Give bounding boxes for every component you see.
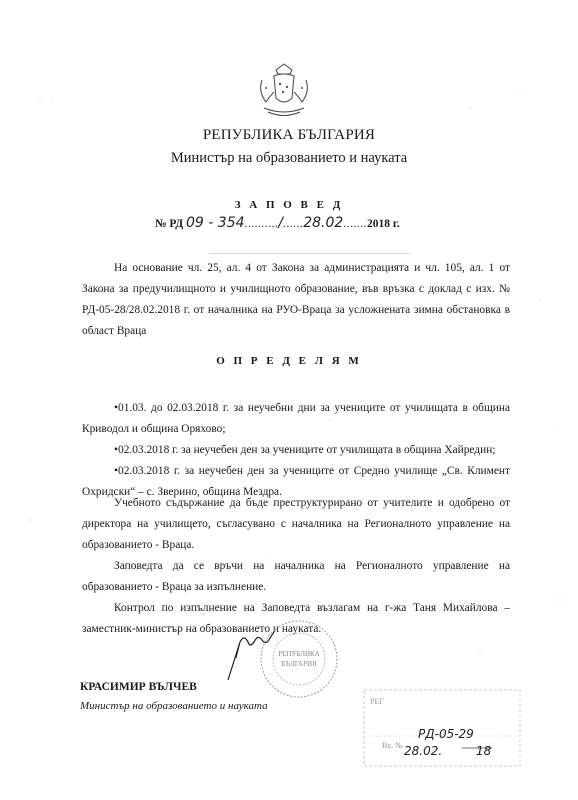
order-year: 2018 г.	[367, 218, 400, 230]
order-number-line: № РД 09 - 354........../......28.02.....…	[155, 215, 400, 231]
signatory-name: КРАСИМИР ВЪЛЧЕВ	[80, 681, 197, 693]
country-name: РЕПУБЛИКА БЪЛГАРИЯ	[0, 127, 578, 144]
registration-year-handwritten: 18	[476, 744, 491, 758]
decision-heading: О П Р Е Д Е Л Я М	[0, 355, 578, 367]
order-title: З А П О В Е Д	[0, 199, 578, 211]
registration-label-top: РЕГ	[370, 697, 384, 706]
body-paragraph: Учебното съдържание да бъде преструктури…	[82, 493, 510, 556]
preamble-paragraph: На основание чл. 25, ал. 4 от Закона за …	[82, 258, 510, 342]
registration-label-in: Вх. №	[382, 741, 403, 750]
order-date-handwritten: 28.02	[303, 215, 343, 231]
document-page: РЕПУБЛИКА БЪЛГАРИЯ Министър на образован…	[0, 0, 578, 800]
official-seal-stamp: РЕПУБЛИКА БЪЛГАРИЯ	[258, 618, 340, 700]
registration-date-line: 28.02. 18	[404, 744, 491, 758]
decision-item: 01.03. до 02.03.2018 г. за неучебни дни …	[82, 398, 510, 440]
signatory-role: Министър на образованието и науката	[80, 700, 268, 712]
decision-item: 02.03.2018 г. за неучебен ден за ученици…	[82, 440, 510, 461]
order-number-handwritten: 09 - 354	[186, 215, 245, 231]
svg-text:РЕПУБЛИКА: РЕПУБЛИКА	[278, 650, 320, 658]
order-number-prefix: № РД	[155, 218, 183, 230]
ministry-name: Министър на образованието и науката	[0, 150, 578, 167]
registration-date-handwritten: 28.02.	[404, 744, 442, 758]
body-paragraph: Заповедта да се връчи на началника на Ре…	[82, 556, 510, 598]
bulgarian-coat-of-arms-icon	[254, 62, 314, 120]
registration-number-handwritten: РД-05-29	[418, 727, 474, 741]
svg-text:БЪЛГАРИЯ: БЪЛГАРИЯ	[281, 660, 317, 668]
